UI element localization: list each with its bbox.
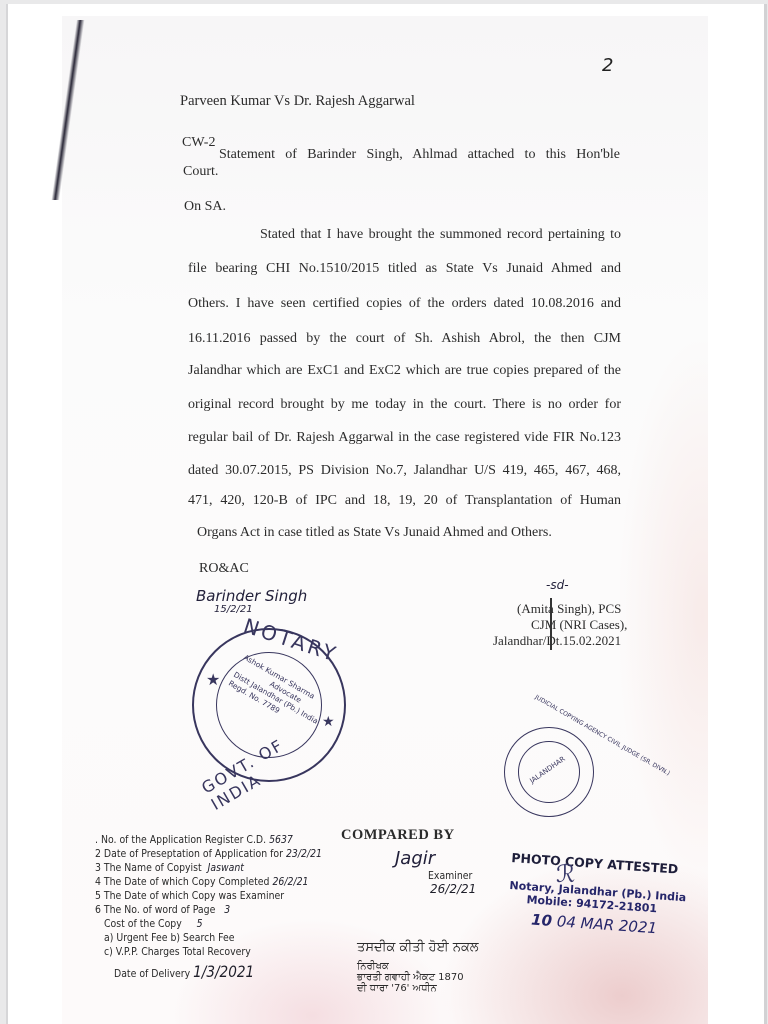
- handwritten-page-number: 2: [602, 55, 613, 76]
- case-title: Parveen Kumar Vs Dr. Rajesh Aggarwal: [180, 94, 415, 108]
- punjabi-line-2: ਨਿਰੀਖਕ: [357, 961, 479, 972]
- body-line: file bearing CHI No.1510/2015 titled as …: [188, 262, 621, 276]
- form-line: 3 The Name of Copyist Jaswant: [95, 861, 244, 874]
- notary-stamp: NOTARY GOVT. OF INDIA ★ ★ Ashok Kumar Sh…: [192, 628, 346, 782]
- form-label: 6 The No. of word of Page: [95, 903, 215, 916]
- punjabi-certification-stamp: ਤਸਦੀਕ ਕੀਤੀ ਹੋਈ ਨਕਲ ਨਿਰੀਖਕ ਭਾਰਤੀ ਗਵਾਹੀ ਐਕ…: [357, 940, 479, 994]
- witness-signature-date: 15/2/21: [214, 604, 253, 615]
- form-value: 3: [224, 903, 230, 916]
- body-line: 16.11.2016 passed by the court of Sh. As…: [188, 332, 621, 346]
- body-line: dated 30.07.2015, PS Division No.7, Jala…: [188, 464, 621, 478]
- form-line: Cost of the Copy 5: [104, 917, 203, 930]
- judge-place-date: Jalandhar/Dt.15.02.2021: [493, 634, 621, 648]
- body-line: 471, 420, 120-B of IPC and 18, 19, 20 of…: [188, 494, 621, 508]
- judge-name: (Amita Singh), PCS: [517, 602, 621, 616]
- form-line: 4 The Date of which Copy Completed 26/2/…: [95, 875, 309, 888]
- form-line: c) V.P.P. Charges Total Recovery: [104, 945, 251, 958]
- form-label: 5 The Date of which Copy was Examiner: [95, 889, 284, 902]
- form-label: 3 The Name of Copyist: [95, 861, 202, 874]
- form-label: Date of Delivery: [114, 967, 190, 980]
- body-line: Stated that I have brought the summoned …: [260, 228, 621, 242]
- body-line: Jalandhar which are ExC1 and ExC2 which …: [188, 364, 621, 378]
- notary-signature-scribble: ℛ: [556, 860, 575, 888]
- form-label: Cost of the Copy: [104, 917, 182, 930]
- compared-by-signature: Jagir: [395, 848, 435, 869]
- photo-copy-attested-stamp: PHOTO COPY ATTESTED Notary, Jalandhar (P…: [507, 850, 689, 939]
- attestation-date-prefix: 10: [531, 911, 553, 930]
- punjabi-line-4: ਦੀ ਧਾਰਾ '76' ਅਧੀਨ: [357, 983, 479, 994]
- statement-line-2: Court.: [183, 165, 218, 179]
- form-label: 4 The Date of which Copy Completed: [95, 875, 269, 888]
- signature-stroke: [550, 598, 552, 650]
- statement-line-1: Statement of Barinder Singh, Ahlmad atta…: [219, 148, 620, 162]
- witness-signature: Barinder Singh: [196, 587, 307, 605]
- form-line: . No. of the Application Register C.D. 5…: [95, 833, 293, 846]
- form-value: 23/2/21: [286, 847, 322, 860]
- form-line: a) Urgent Fee b) Search Fee: [104, 931, 235, 944]
- judge-designation: CJM (NRI Cases),: [531, 618, 627, 632]
- on-sa-label: On SA.: [184, 200, 226, 214]
- body-line: original record brought by me today in t…: [188, 398, 621, 412]
- examiner-label: Examiner: [428, 869, 472, 882]
- star-icon: ★: [322, 714, 335, 730]
- form-label: . No. of the Application Register C.D.: [95, 833, 266, 846]
- witness-id: CW-2: [182, 136, 215, 150]
- form-line: Date of Delivery 1/3/2021: [114, 962, 254, 981]
- copying-agency-stamp: JUDICIAL COPYING AGENCY CIVIL JUDGE (SR.…: [504, 727, 594, 817]
- star-icon: ★: [206, 670, 220, 689]
- form-label: 2 Date of Preseptation of Application fo…: [95, 847, 283, 860]
- body-line: regular bail of Dr. Rajesh Aggarwal in t…: [188, 431, 621, 445]
- ro-ac-label: RO&AC: [199, 562, 249, 576]
- form-value: 5637: [269, 833, 293, 846]
- form-value: 26/2/21: [272, 875, 308, 888]
- examiner-date: 26/2/21: [430, 882, 476, 896]
- form-value: 5: [197, 917, 203, 930]
- body-line: Others. I have seen certified copies of …: [188, 297, 621, 311]
- form-label: c) V.P.P. Charges Total Recovery: [104, 945, 251, 958]
- compared-by-heading: COMPARED BY: [341, 828, 455, 842]
- form-line: 2 Date of Preseptation of Application fo…: [95, 847, 322, 860]
- punjabi-line-1: ਤਸਦੀਕ ਕੀਤੀ ਹੋਈ ਨਕਲ: [357, 940, 479, 955]
- judge-signature: -sd-: [546, 578, 569, 592]
- form-line: 6 The No. of word of Page 3: [95, 903, 230, 916]
- form-label: a) Urgent Fee b) Search Fee: [104, 931, 235, 944]
- body-line: Organs Act in case titled as State Vs Ju…: [197, 526, 552, 540]
- form-line: 5 The Date of which Copy was Examiner: [95, 889, 284, 902]
- form-value: 1/3/2021: [193, 962, 254, 981]
- punjabi-line-3: ਭਾਰਤੀ ਗਵਾਹੀ ਐਕਟ 1870: [357, 972, 479, 983]
- form-value: Jaswant: [208, 861, 244, 874]
